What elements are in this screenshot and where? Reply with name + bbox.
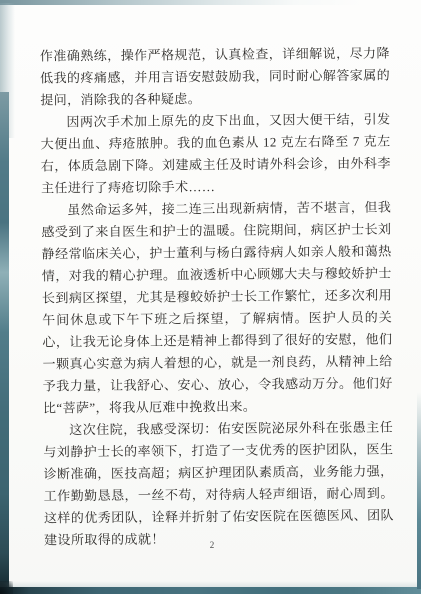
letter-text-block: 作准确熟练，操作严格规范，认真检查，详细解说，尽力降低我的疼痛感，并用言语安慰鼓… [40, 42, 394, 551]
paragraph-surgery: 因两次手术加上原先的皮下出血，又因大便干结，引发大便出血、痔疮脓肿。我的血色素从… [40, 108, 391, 199]
scan-edge-right [417, 392, 421, 589]
paragraph-conclusion: 这次住院，我感受深切：佑安医院泌尿外科在张愚主任与刘静护士长的率领下，打造了一支… [43, 416, 394, 551]
scan-corner-bottom-left [0, 581, 13, 594]
scanned-document-page: 作准确熟练，操作严格规范，认真检查，详细解说，尽力降低我的疼痛感，并用言语安慰鼓… [0, 0, 421, 594]
scan-edge-left [0, 92, 9, 594]
scan-edge-top [0, 0, 421, 5]
page-number: 2 [202, 540, 222, 550]
paragraph-care-description: 作准确熟练，操作严格规范，认真检查，详细解说，尽力降低我的疼痛感，并用言语安慰鼓… [40, 42, 391, 111]
scan-edge-bottom [0, 587, 421, 594]
paragraph-gratitude: 虽然命运多舛，接二连三出现新病情，苦不堪言，但我感受到了来自医生和护士的温暖。住… [41, 196, 393, 419]
